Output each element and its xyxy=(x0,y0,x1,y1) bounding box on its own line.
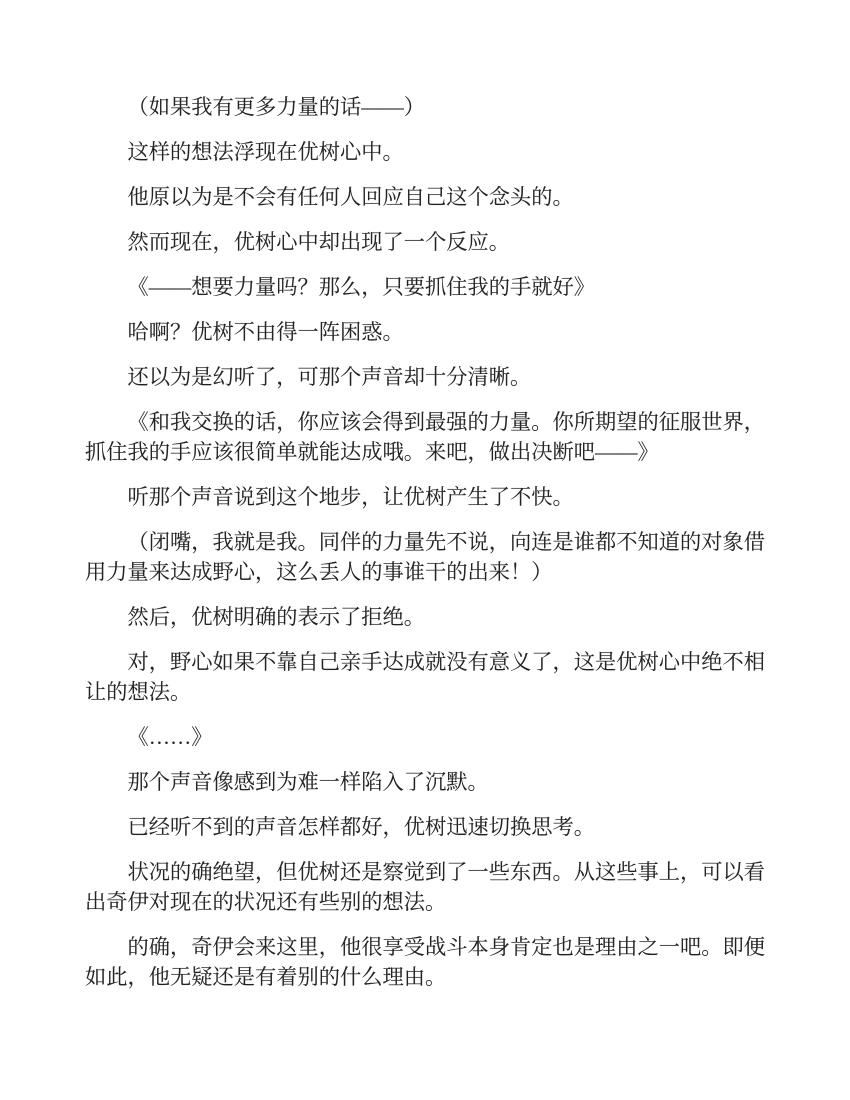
paragraph-5: 《——想要力量吗？那么，只要抓住我的手就好》 xyxy=(85,272,765,302)
paragraph-7: 还以为是幻听了，可那个声音却十分清晰。 xyxy=(85,362,765,392)
paragraph-16: 状况的确绝望，但优树还是察觉到了一些东西。从这些事上，可以看出奇伊对现在的状况还… xyxy=(85,857,765,917)
paragraph-6: 哈啊？优树不由得一阵困惑。 xyxy=(85,317,765,347)
paragraph-11: 然后，优树明确的表示了拒绝。 xyxy=(85,602,765,632)
paragraph-4: 然而现在，优树心中却出现了一个反应。 xyxy=(85,227,765,257)
paragraph-13: 《……》 xyxy=(85,722,765,752)
paragraph-9: 听那个声音说到这个地步，让优树产生了不快。 xyxy=(85,482,765,512)
paragraph-15: 已经听不到的声音怎样都好，优树迅速切换思考。 xyxy=(85,812,765,842)
paragraph-14: 那个声音像感到为难一样陷入了沉默。 xyxy=(85,767,765,797)
paragraph-17: 的确，奇伊会来这里，他很享受战斗本身肯定也是理由之一吧。即便如此，他无疑还是有着… xyxy=(85,932,765,992)
paragraph-8: 《和我交换的话，你应该会得到最强的力量。你所期望的征服世界，抓住我的手应该很简单… xyxy=(85,407,765,467)
paragraph-3: 他原以为是不会有任何人回应自己这个念头的。 xyxy=(85,182,765,212)
paragraph-2: 这样的想法浮现在优树心中。 xyxy=(85,137,765,167)
novel-page: （如果我有更多力量的话——） 这样的想法浮现在优树心中。 他原以为是不会有任何人… xyxy=(0,0,850,1100)
paragraph-1: （如果我有更多力量的话——） xyxy=(85,92,765,122)
paragraph-10: （闭嘴，我就是我。同伴的力量先不说，向连是谁都不知道的对象借用力量来达成野心，这… xyxy=(85,527,765,587)
paragraph-12: 对，野心如果不靠自己亲手达成就没有意义了，这是优树心中绝不相让的想法。 xyxy=(85,647,765,707)
